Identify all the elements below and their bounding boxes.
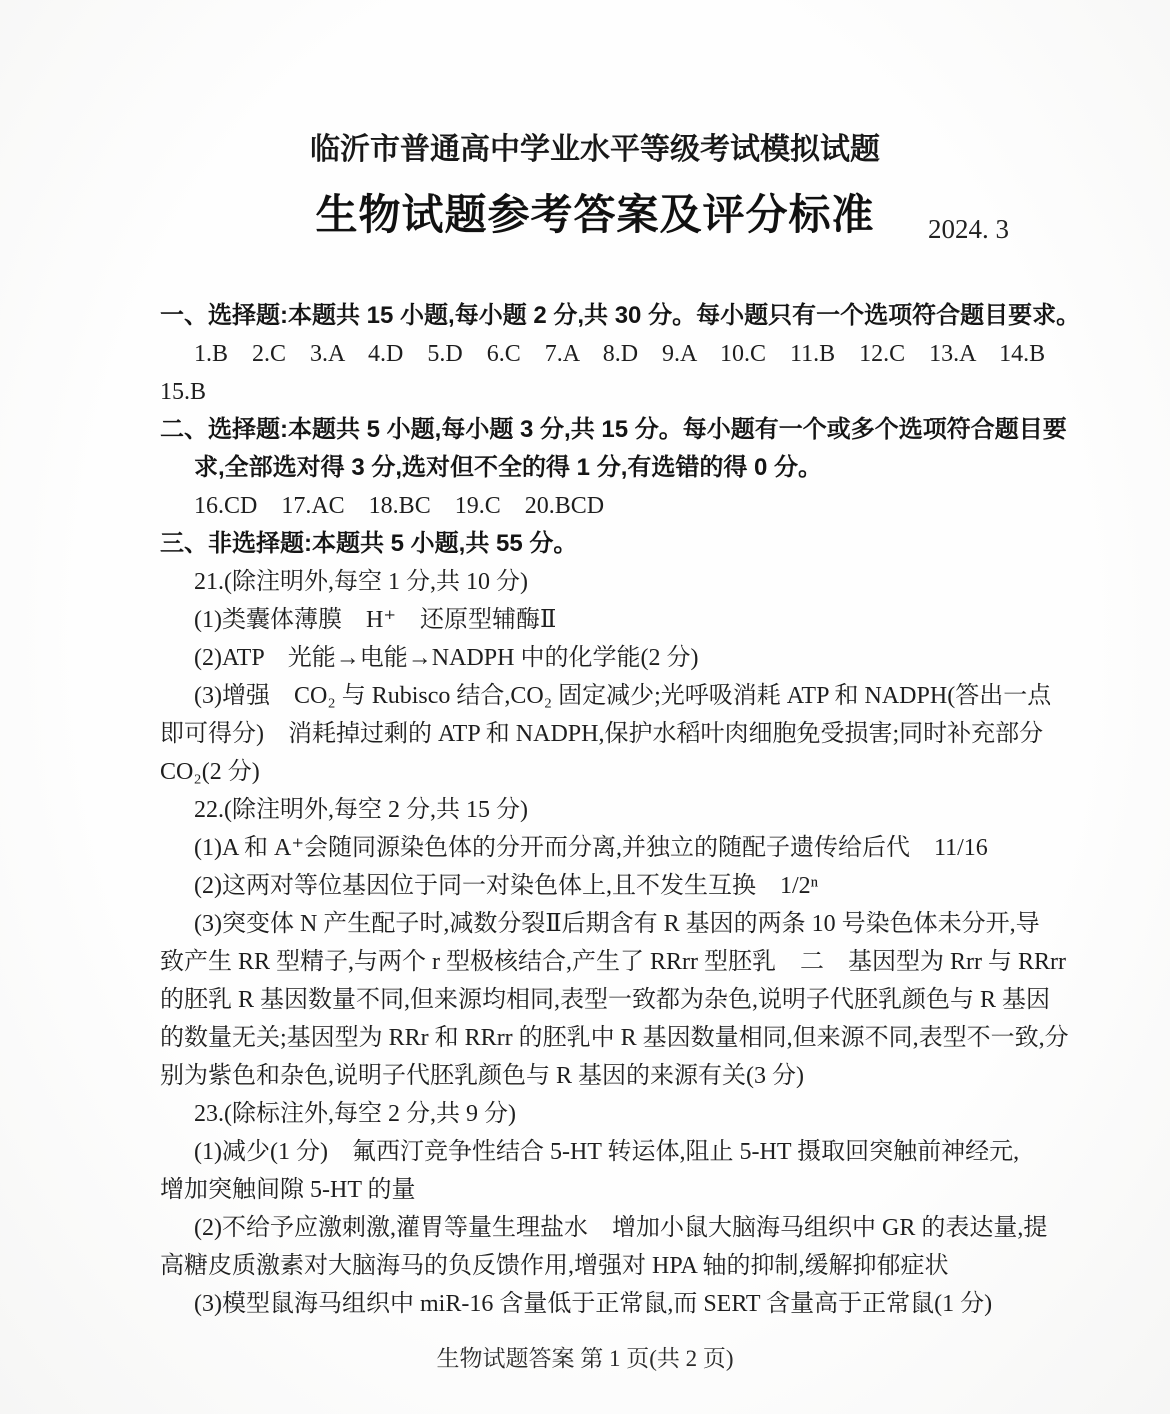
- q21-answer-3-line-1: (3)增强 CO₂ 与 Rubisco 结合,CO₂ 固定减少;光呼吸消耗 AT…: [160, 677, 1040, 715]
- q22-answer-1: (1)A 和 A⁺会随同源染色体的分开而分离,并独立的随配子遗传给后代 11/1…: [160, 829, 1040, 867]
- q22-answer-3-line-1: (3)突变体 N 产生配子时,减数分裂Ⅱ后期含有 R 基因的两条 10 号染色体…: [160, 905, 1040, 943]
- q22-answer-3-line-5: 别为紫色和杂色,说明子代胚乳颜色与 R 基因的来源有关(3 分): [160, 1057, 1040, 1095]
- q22-answer-3-line-2: 致产生 RR 型精子,与两个 r 型极核结合,产生了 RRrr 型胚乳 二 基因…: [160, 943, 1040, 981]
- section1-heading: 一、选择题:本题共 15 小题,每小题 2 分,共 30 分。每小题只有一个选项…: [160, 297, 1040, 335]
- q21-answer-1: (1)类囊体薄膜 H⁺ 还原型辅酶Ⅱ: [160, 601, 1040, 639]
- exam-title: 临沂市普通高中学业水平等级考试模拟试题: [160, 133, 1030, 167]
- section2-heading-line-2: 求,全部选对得 3 分,选对但不全的得 1 分,有选错的得 0 分。: [160, 449, 1040, 487]
- exam-date: 2024. 3: [928, 214, 1009, 245]
- section3-heading: 三、非选择题:本题共 5 小题,共 55 分。: [160, 525, 1040, 563]
- q21-answer-3-line-2: 即可得分) 消耗掉过剩的 ATP 和 NADPH,保护水稻叶肉细胞免受损害;同时…: [160, 715, 1040, 753]
- page-title: 生物试题参考答案及评分标准: [160, 190, 1030, 240]
- q22-answer-3-line-3: 的胚乳 R 基因数量不同,但来源均相同,表型一致都为杂色,说明子代胚乳颜色与 R…: [160, 981, 1040, 1019]
- q21-title: 21.(除注明外,每空 1 分,共 10 分): [160, 563, 1040, 601]
- page-footer: 生物试题答案 第 1 页(共 2 页): [0, 1344, 1170, 1374]
- q22-answer-3-line-4: 的数量无关;基因型为 RRr 和 RRrr 的胚乳中 R 基因数量相同,但来源不…: [160, 1019, 1040, 1057]
- document-body: 一、选择题:本题共 15 小题,每小题 2 分,共 30 分。每小题只有一个选项…: [160, 297, 1040, 1323]
- q22-title: 22.(除注明外,每空 2 分,共 15 分): [160, 791, 1040, 829]
- mcq-answers-row-1: 1.B 2.C 3.A 4.D 5.D 6.C 7.A 8.D 9.A 10.C…: [160, 335, 1040, 373]
- q23-answer-3: (3)模型鼠海马组织中 miR-16 含量低于正常鼠,而 SERT 含量高于正常…: [160, 1285, 1040, 1323]
- q21-answer-2: (2)ATP 光能→电能→NADPH 中的化学能(2 分): [160, 639, 1040, 677]
- q23-title: 23.(除标注外,每空 2 分,共 9 分): [160, 1095, 1040, 1133]
- q23-answer-2-line-1: (2)不给予应激刺激,灌胃等量生理盐水 增加小鼠大脑海马组织中 GR 的表达量,…: [160, 1209, 1040, 1247]
- answer-sheet-page: 临沂市普通高中学业水平等级考试模拟试题 生物试题参考答案及评分标准 2024. …: [0, 0, 1170, 1414]
- mcq2-answers-row: 16.CD 17.AC 18.BC 19.C 20.BCD: [160, 487, 1040, 525]
- q21-answer-3-line-3: CO₂(2 分): [160, 753, 1040, 791]
- q22-answer-2: (2)这两对等位基因位于同一对染色体上,且不发生互换 1/2ⁿ: [160, 867, 1040, 905]
- q23-answer-2-line-2: 高糖皮质激素对大脑海马的负反馈作用,增强对 HPA 轴的抑制,缓解抑郁症状: [160, 1247, 1040, 1285]
- section2-heading-line-1: 二、选择题:本题共 5 小题,每小题 3 分,共 15 分。每小题有一个或多个选…: [160, 411, 1040, 449]
- q23-answer-1-line-1: (1)减少(1 分) 氟西汀竞争性结合 5-HT 转运体,阻止 5-HT 摄取回…: [160, 1133, 1040, 1171]
- q23-answer-1-line-2: 增加突触间隙 5-HT 的量: [160, 1171, 1040, 1209]
- mcq-answers-row-2: 15.B: [160, 373, 1040, 411]
